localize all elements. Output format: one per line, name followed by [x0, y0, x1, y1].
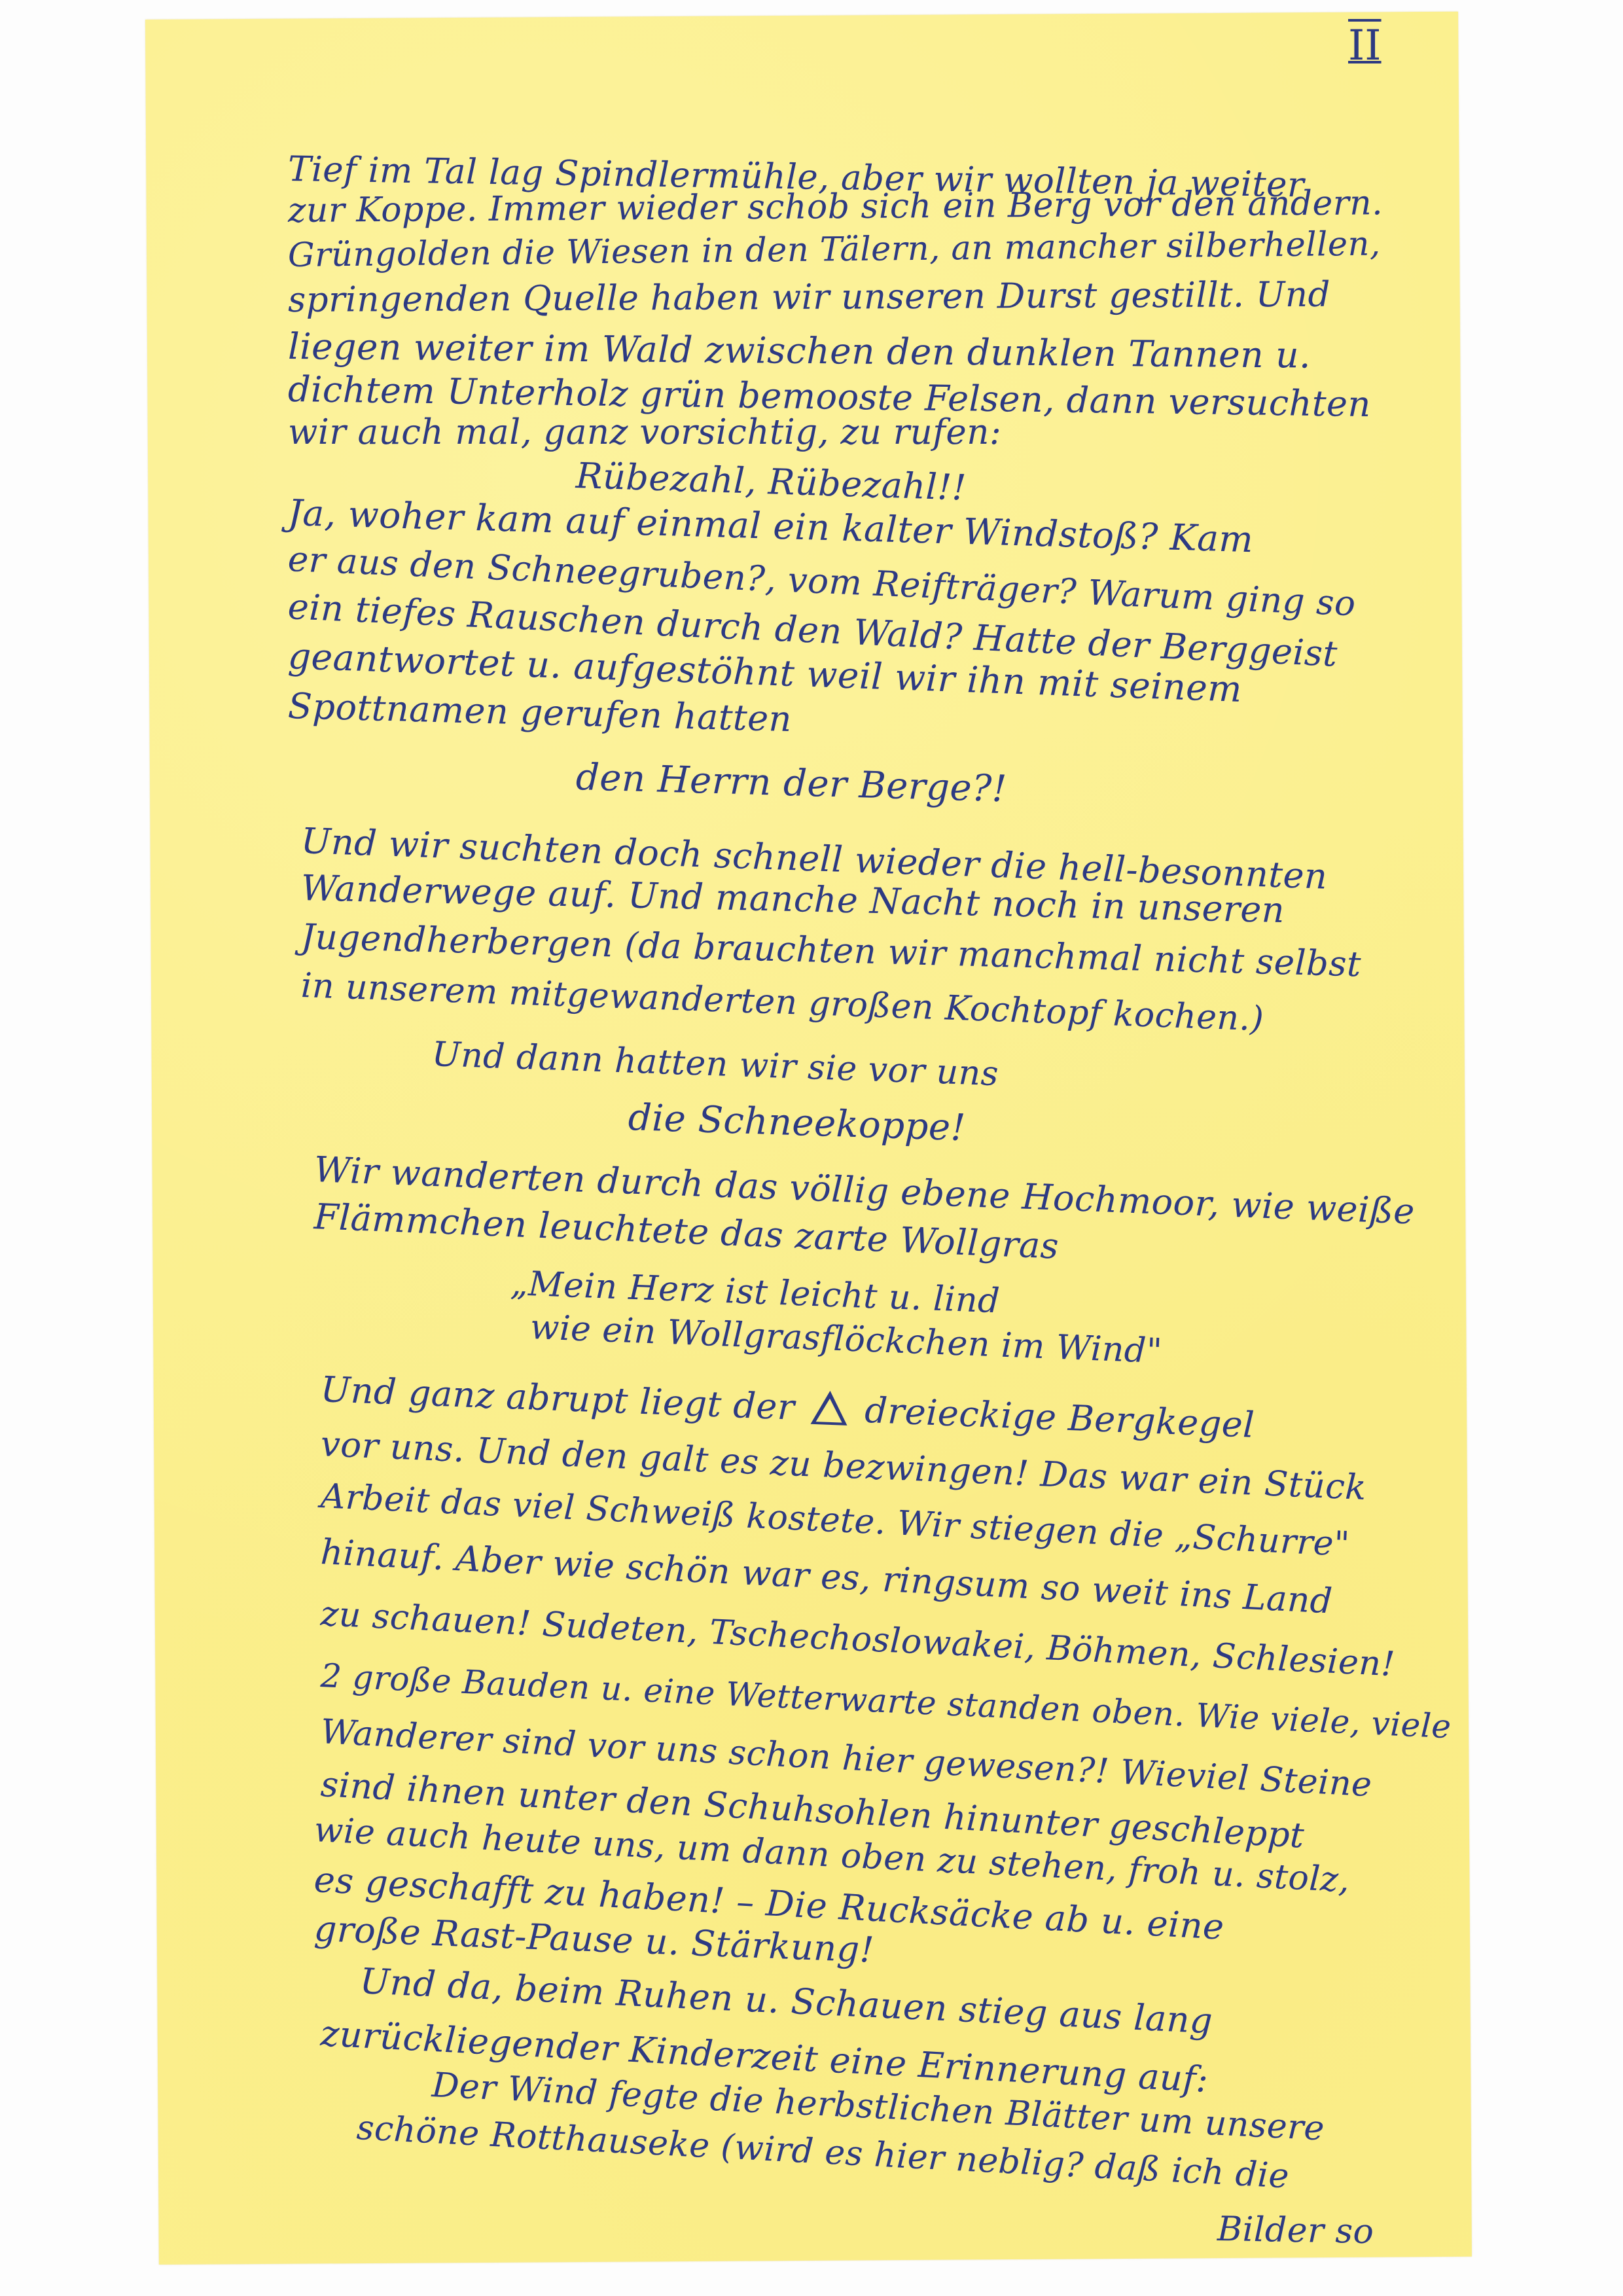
text-line-centered: die Schneekoppe! — [628, 1100, 966, 1147]
triangle-icon — [811, 1390, 849, 1426]
text-line: zur Koppe. Immer wieder schob sich ein B… — [288, 186, 1383, 228]
text-line: liegen weiter im Wald zwischen den dunkl… — [288, 329, 1311, 374]
text-line: springenden Quelle haben wir unseren Dur… — [288, 278, 1330, 317]
text-line-right: Bilder so — [1217, 2212, 1374, 2249]
page-number: II — [1348, 25, 1382, 67]
text-line: wir auch mal, ganz vorsichtig, zu rufen: — [288, 415, 1001, 450]
